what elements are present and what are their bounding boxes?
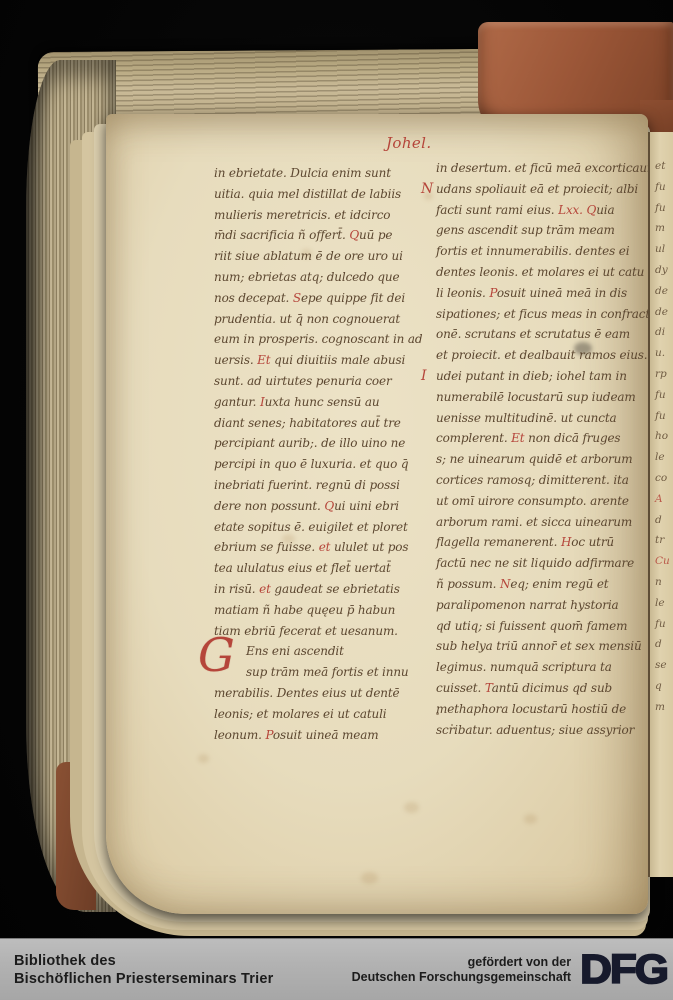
manuscript-line: arborum rami. et sicca uinearum — [436, 512, 652, 533]
edge-text-fragment: u. — [655, 343, 670, 364]
edge-text-fragment: de — [655, 281, 670, 302]
manuscript-line: mulieris meretricis. et idcirco — [214, 205, 430, 226]
funding-credit-group: gefördert von der Deutschen Forschungsge… — [352, 948, 667, 992]
edge-text-fragment: di — [655, 322, 670, 343]
credit-banner: Bibliothek des Bischöflichen Priestersem… — [0, 938, 673, 1000]
manuscript-line: ebrium se fuisse. et ululet ut pos — [214, 537, 430, 558]
manuscript-line: gantur. Iuxta hunc sensū au — [214, 392, 430, 413]
manuscript-line: tea ululatus eius et flet̄ uertat̄ — [214, 558, 430, 579]
manuscript-line: li leonis. Posuit uineā meā in dis — [436, 283, 652, 304]
manuscript-line: m̄di sacrificia ñ offert̄. Quū pe — [214, 225, 430, 246]
manuscript-line: leonum. Posuit uineā meam — [214, 725, 430, 746]
edge-text-fragment: fu — [655, 406, 670, 427]
edge-text-fragment: de — [655, 302, 670, 323]
manuscript-line: sup trām meā fortis et innu — [214, 662, 430, 683]
edge-text-fragment: fu — [655, 385, 670, 406]
text-column-left: in ebrietate. Dulcia enim suntuitia. qui… — [214, 163, 430, 745]
parchment-stain — [404, 802, 419, 813]
manuscript-line: percipi in quo ē luxuria. et quo q̄ — [214, 454, 430, 475]
edge-text-fragment: d — [655, 510, 670, 531]
manuscript-line: complerent. Et non dicā fruges — [436, 428, 652, 449]
manuscript-line: percipiant aurib;. de illo uino ne — [214, 433, 430, 454]
manuscript-line: leonis; et molares ei ut catuli — [214, 704, 430, 725]
parchment-stain — [198, 754, 209, 763]
library-credit-line1: Bibliothek des — [14, 952, 273, 971]
manuscript-line: matiam ñ habe quęeu p̄ habun — [214, 600, 430, 621]
margin-initial: N — [421, 179, 433, 200]
manuscript-line: dere non possunt. Qui uini ebri — [214, 496, 430, 517]
manuscript-line: gens ascendit sup trām meam — [436, 220, 652, 241]
edge-text-fragment: fu — [655, 614, 670, 635]
edge-text-fragment: tr — [655, 530, 670, 551]
manuscript-line: uersis. Et qui diuitiis male abusi — [214, 350, 430, 371]
edge-text-fragment: n — [655, 572, 670, 593]
edge-text-fragment: et — [655, 156, 670, 177]
manuscript-line: eum in prosperis. cognoscant in ad — [214, 329, 430, 350]
edge-text-fragment: m — [655, 218, 670, 239]
manuscript-line: sipationes; et ficus meas in confracti — [436, 304, 652, 325]
manuscript-line: ut omī uirore consumpto. arente — [436, 491, 652, 512]
manuscript-line: cortices ramosq; dimitterent. ita — [436, 470, 652, 491]
text-column-right: in desertum. et ficū meā excorticauit.Nu… — [436, 158, 652, 740]
manuscript-line: qd utiq; si fuissent quom̄ famem — [436, 616, 652, 637]
manuscript-line: paralipomenon narrat hystoria — [436, 595, 652, 616]
edge-text-fragment: Cu — [655, 551, 670, 572]
manuscript-page: Johel. G in ebrietate. Dulcia enim suntu… — [106, 114, 648, 914]
edge-text-fragment: ho — [655, 426, 670, 447]
edge-text-fragment: le — [655, 593, 670, 614]
funding-credit-line2: Deutschen Forschungsgemeinschaft — [352, 970, 572, 986]
manuscript-line: uitia. quia mel distillat de labiis — [214, 184, 430, 205]
manuscript-line: sub helya triū annor̄ et sex mensiū — [436, 636, 652, 657]
manuscript-line: uenisse multitudinē. ut cuncta — [436, 408, 652, 429]
manuscript-line: scribatur. aduentus; siue assyrior — [436, 720, 652, 741]
edge-text-fragment: d — [655, 634, 670, 655]
edge-text-fragment: co — [655, 468, 670, 489]
edge-text-fragment: A — [655, 489, 670, 510]
manuscript-line: Nudans spoliauit eā et proiecit; albi — [436, 179, 652, 200]
manuscript-line: in ebrietate. Dulcia enim sunt — [214, 163, 430, 184]
manuscript-line: Ens eni ascendit — [214, 641, 430, 662]
running-title: Johel. — [386, 134, 432, 152]
facing-page-sliver: etfufumuldydedediu.rpfufuholecoAdtrCunle… — [648, 132, 673, 877]
manuscript-line: merabilis. Dentes eius ut dentē — [214, 683, 430, 704]
dfg-logo: DFG — [580, 950, 667, 990]
edge-text-fragment: ul — [655, 239, 670, 260]
library-credit-line2: Bischöflichen Priesterseminars Trier — [14, 970, 273, 989]
manuscript-line: numerabilē locustarū sup iudeam — [436, 387, 652, 408]
digitized-manuscript-photo: Johel. G in ebrietate. Dulcia enim suntu… — [0, 0, 673, 1000]
manuscript-line: facti sunt rami eius. Lxx. Quia — [436, 200, 652, 221]
facing-page-text-fragments: etfufumuldydedediu.rpfufuholecoAdtrCunle… — [655, 156, 670, 718]
manuscript-line: tiam ebriū fecerat et uesanum. — [214, 621, 430, 642]
edge-text-fragment: rp — [655, 364, 670, 385]
manuscript-line: Iudei putant in dieb; iohel tam in — [436, 366, 652, 387]
funding-credit-line1: gefördert von der — [352, 955, 572, 971]
edge-text-fragment: q — [655, 676, 670, 697]
parchment-stain — [361, 872, 378, 884]
manuscript-line: riit siue ablatum ē de ore uro ui — [214, 246, 430, 267]
manuscript-line: in desertum. et ficū meā excorticauit. — [436, 158, 652, 179]
manuscript-line: nos decepat. Sepe quippe fit dei — [214, 288, 430, 309]
edge-text-fragment: dy — [655, 260, 670, 281]
manuscript-line: num; ebrietas atq; dulcedo que — [214, 267, 430, 288]
manuscript-line: in risū. et gaudeat se ebrietatis — [214, 579, 430, 600]
manuscript-line: legimus. numquā scriptura ta — [436, 657, 652, 678]
manuscript-line: diant senes; habitatores aut̄ tre — [214, 413, 430, 434]
manuscript-line: fortis et innumerabilis. dentes ei — [436, 241, 652, 262]
manuscript-line: s; ne uinearum quidē et arborum — [436, 449, 652, 470]
manuscript-line: cuisset. Tantū dicimus qd sub — [436, 678, 652, 699]
margin-initial: I — [421, 366, 426, 387]
funding-credit: gefördert von der Deutschen Forschungsge… — [352, 955, 572, 986]
manuscript-line: sunt. ad uirtutes penuria coer — [214, 371, 430, 392]
edge-text-fragment: se — [655, 655, 670, 676]
edge-text-fragment: le — [655, 447, 670, 468]
manuscript-line: flagella remanerent. Hoc utrū — [436, 532, 652, 553]
edge-text-fragment: fu — [655, 198, 670, 219]
manuscript-line: prudentia. ut q̄ non cognouerat — [214, 309, 430, 330]
manuscript-line: inebriati fuerint. regnū di possi — [214, 475, 430, 496]
edge-text-fragment: fu — [655, 177, 670, 198]
parchment-stain — [524, 814, 537, 824]
library-credit: Bibliothek des Bischöflichen Priestersem… — [14, 952, 273, 989]
edge-text-fragment: m — [655, 697, 670, 718]
manuscript-line: factū nec ne sit liquido adfirmare — [436, 553, 652, 574]
manuscript-line: dentes leonis. et molares ei ut catu — [436, 262, 652, 283]
manuscript-line: et proiecit. et dealbauit ramos eius. — [436, 345, 652, 366]
manuscript-line: methaphora locustarū hostiū de — [436, 699, 652, 720]
manuscript-line: onē. scrutans et scrutatus ē eam — [436, 324, 652, 345]
manuscript-line: etate sopitus ē. euigilet et ploret — [214, 517, 430, 538]
manuscript-line: ñ possum. Neq; enim regū et — [436, 574, 652, 595]
